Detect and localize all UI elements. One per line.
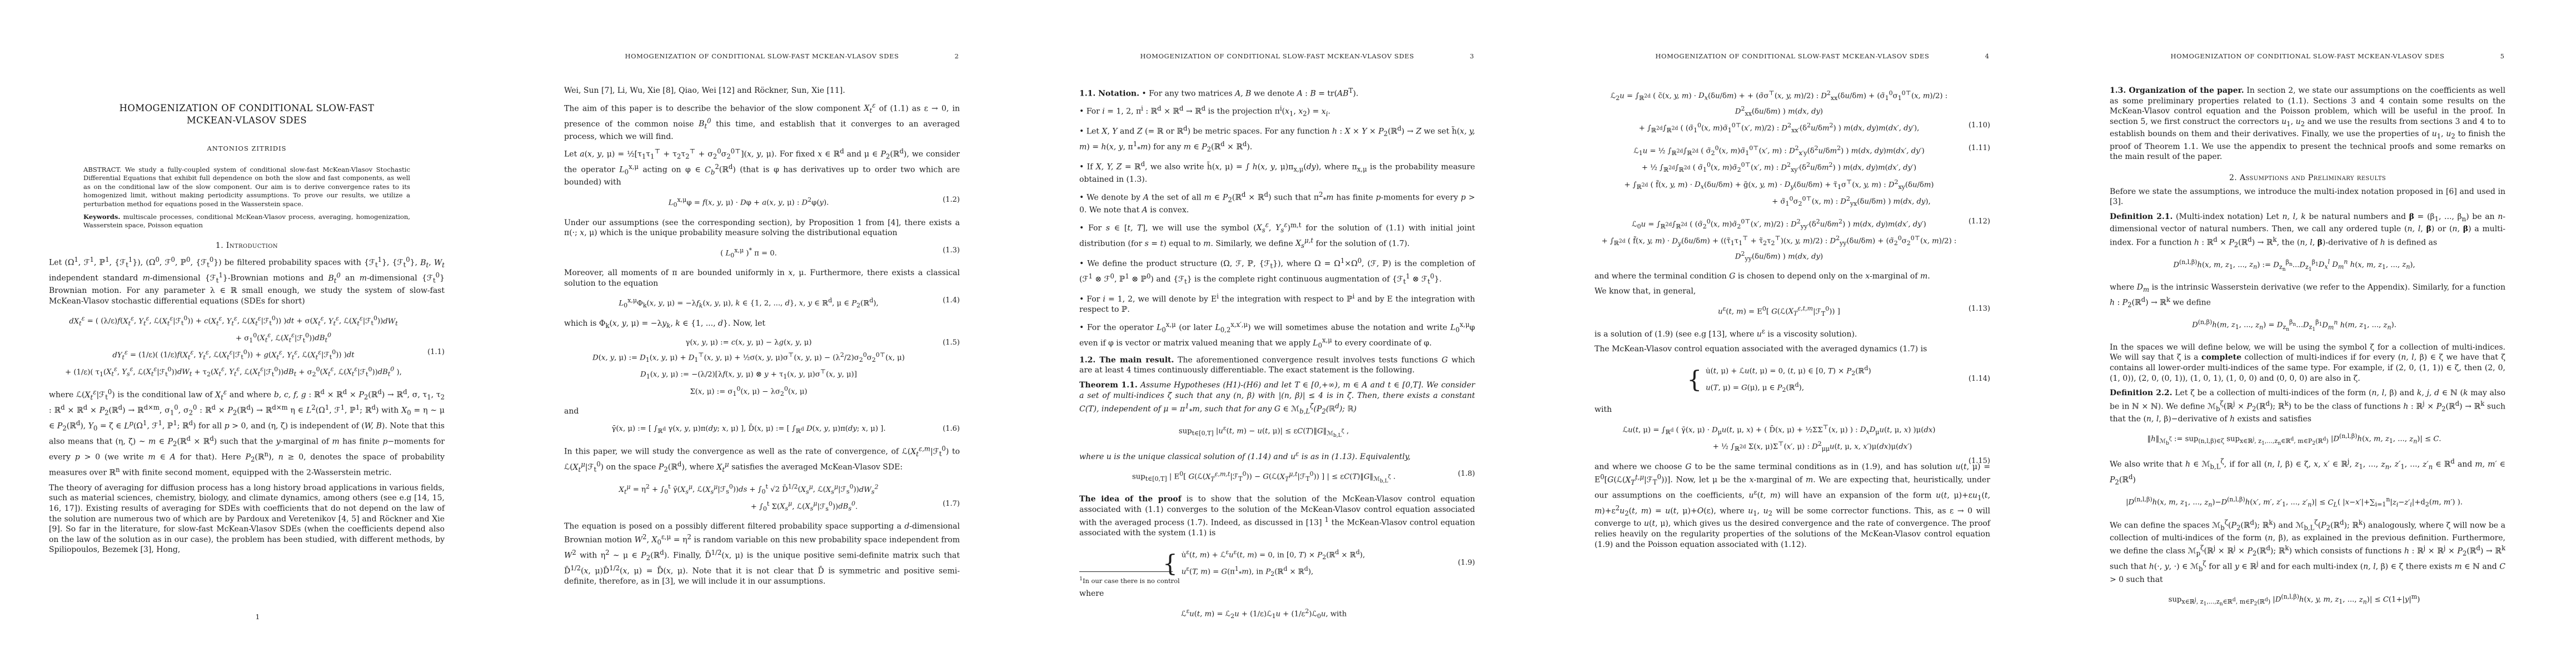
display-equation: ℒ0u = ∫ℝ2d∫ℝ2d ( (σ̃20(x, m)σ̃20⊤(x′, m)… — [1595, 217, 1990, 265]
display-equation: ℒ1u = ½ ∫ℝ2d∫ℝ2d ( σ̃20(x, m)σ̃10⊤(x′, m… — [1595, 143, 1990, 210]
equation-line: ℒu(t, μ) = ∫ℝd ( γ̄(x, μ) · Dμu(t, μ, x)… — [1595, 422, 1990, 438]
display-equation: ℒ2u = ∫ℝ2d ( c̃(x, y, m) · Dx(δu/δm) + +… — [1595, 88, 1990, 136]
equation-line: + σ̃10σ20⊤(x, m) : D2yx(δu/δm) ) m(dx, d… — [1595, 194, 1990, 210]
page-3: HOMOGENIZATION OF CONDITIONAL SLOW-FAST … — [1030, 0, 1546, 667]
paragraph: Before we state the assumptions, we intr… — [2110, 187, 2505, 207]
equation-line: supt∈[0,T] | E0[ G(ℒ(XTε,m,t|ℱT0)) − G(ℒ… — [1079, 469, 1475, 487]
equation-line: D1(x, y, μ) := −(λ/2)[λf(x, y, μ) ⊗ y + … — [564, 367, 960, 382]
equation-line: + ½ ∫ℝ2d Σ(x, μ)Σ⊤(x′, μ) : D2μμu(t, μ, … — [1595, 439, 1990, 455]
display-equation: Xtμ = η2 + ∫0t γ̄(Xsμ, ℒ(Xsμ|ℱs0))ds + ∫… — [564, 482, 960, 514]
equation-line: supt∈[0,T] |uε(t, m) − u(t, μ)| ≤ εC(T)‖… — [1079, 424, 1475, 441]
paragraph: and where the terminal condition G is ch… — [1595, 271, 1990, 282]
paragraph: The aim of this paper is to describe the… — [564, 101, 960, 142]
equation-line: L0x,μΦk(x, y, μ) = −λfk(x, y, μ), k ∈ {1… — [564, 296, 960, 311]
display-equation: {u̇(t, μ) + ℒu(t, μ) = 0, (t, μ) ∈ [0, T… — [1595, 362, 1990, 397]
equation-line: D(n,l,β)h(x, m, z1, ..., zn) := Dznβn...… — [2110, 257, 2505, 275]
paragraph: where ℒ(Xtε|ℱt0) is the conditional law … — [49, 387, 445, 478]
paragraph: • If X, Y, Z = ℝd, we also write h̄(x, μ… — [1079, 159, 1475, 185]
paragraph: • For i = 1, 2, we will denote by Ei the… — [1079, 291, 1475, 315]
paragraph: The McKean-Vlasov control equation assoc… — [1595, 344, 1990, 355]
case-lines: u̇(t, μ) + ℒu(t, μ) = 0, (t, μ) ∈ [0, T)… — [1706, 362, 1871, 397]
equation-line: γ(x, y, μ) := c(x, y, μ) − λg(x, y, μ)(1… — [564, 338, 960, 349]
footnote-rule — [1079, 571, 1173, 572]
equation-number: (1.9) — [1458, 559, 1475, 567]
equation-cases: {u̇(t, μ) + ℒu(t, μ) = 0, (t, μ) ∈ [0, T… — [1595, 362, 1990, 397]
equation-line: + ∫ℝ2d ( f̃(x, y, m) · Dy(δu/δm) + ((τ̃1… — [1595, 233, 1990, 264]
paragraph: where Dm is the intrinsic Wasserstein de… — [2110, 282, 2505, 310]
equation-line: ( L0x,μ )* π = 0.(1.3) — [564, 246, 960, 261]
equation-line: ‖h‖ℳbζ := sup(n,l,β)∈ζ supx∈ℝj, z1,...,z… — [2110, 431, 2505, 449]
abstract-text: Keywords. multiscale processes, conditio… — [83, 213, 410, 230]
page-1: HOMOGENIZATION OF CONDITIONAL SLOW-FASTM… — [0, 0, 515, 667]
page-content: 1.1. Notation. • For any two matrices A,… — [1079, 0, 1475, 629]
equation-line: u(T, μ) = G(μ), μ ∈ P2(ℝd), — [1706, 380, 1871, 396]
equation-line: ℒ0u = ∫ℝ2d∫ℝ2d ( (σ̃20(x, m)σ̃20⊤(x′, m)… — [1595, 217, 1990, 232]
display-equation: L0x,μφ = f(x, y, μ) · Dφ + a(x, y, μ) : … — [564, 195, 960, 211]
page-content: ℒ2u = ∫ℝ2d ( c̃(x, y, m) · Dx(δu/δm) + +… — [1595, 0, 1990, 550]
abstract-text: ABSTRACT. We study a fully-coupled syste… — [83, 166, 410, 208]
equation-line: + ∫ℝ2d ( f̃(x, y, m) · Dx(δu/δm) + g̃(x,… — [1595, 177, 1990, 193]
display-equation: ℒεu(t, m) = ℒ2u + (1/ε)ℒ1u + (1/ε2)ℒ0u, … — [1079, 606, 1475, 622]
paragraph: • For s ∈ [t, T], we will use the symbol… — [1079, 220, 1475, 251]
paragraph: where — [1079, 589, 1475, 599]
equation-line: γ̄(x, μ) := [ ∫ℝd γ(x, y, μ)π(dy; x, μ) … — [564, 424, 960, 436]
paragraph: Theorem 1.1. Assume Hypotheses (H1)-(H6)… — [1079, 380, 1475, 416]
paragraph: We can define the spaces ℳbζ(P2(ℝd); ℝk)… — [2110, 517, 2505, 585]
equation-number: (1.4) — [943, 296, 960, 306]
equation-line: ℒ1u = ½ ∫ℝ2d∫ℝ2d ( σ̃20(x, m)σ̃10⊤(x′, m… — [1595, 143, 1990, 159]
display-equation: D(n,β)h(m, z1, ..., zn) = Dznβn...Dz1β1D… — [2110, 317, 2505, 335]
section-heading: 2. Assumptions and Preliminary results — [2110, 173, 2505, 182]
paragraph: Definition 2.2. Let ζ be a collection of… — [2110, 388, 2505, 424]
display-equation: ℒu(t, μ) = ∫ℝd ( γ̄(x, μ) · Dμu(t, μ, x)… — [1595, 422, 1990, 455]
page-number-bottom: 1 — [0, 613, 515, 621]
equation-line: uε(t, m) = E0[ G(ℒ(XTε,t,m|ℱT0)) ](1.13) — [1595, 304, 1990, 320]
paragraph: Under our assumptions (see the correspon… — [564, 218, 960, 238]
equation-line: Xtμ = η2 + ∫0t γ̄(Xsμ, ℒ(Xsμ|ℱs0))ds + ∫… — [564, 482, 960, 497]
paragraph: Definition 2.1. (Multi-index notation) L… — [2110, 212, 2505, 250]
equation-number: (1.5) — [943, 338, 960, 349]
footnote-text: 1In our case there is no control — [1079, 575, 1475, 585]
page-4: HOMOGENIZATION OF CONDITIONAL SLOW-FAST … — [1546, 0, 2061, 667]
equation-line: + ∫0t Σ(Xsμ, ℒ(Xsμ|ℱs0))dBs0.(1.7) — [564, 499, 960, 515]
display-equation: supt∈[0,T] |uε(t, m) − u(t, μ)| ≤ εC(T)‖… — [1079, 424, 1475, 441]
paragraph: • Let X, Y and Z (= ℝ or ℝd) be metric s… — [1079, 123, 1475, 155]
paragraph: Wei, Sun [7], Li, Wu, Xie [8], Qiao, Wei… — [564, 86, 960, 96]
page-content: Wei, Sun [7], Li, Wu, Xie [8], Qiao, Wei… — [564, 0, 960, 587]
paragraph: We know that, in general, — [1595, 286, 1990, 297]
display-equation: supx∈ℝj, z1,...,zn∈ℝd, m∈P2(ℝd) |D(n,l,β… — [2110, 592, 2505, 610]
equation-number: (1.12) — [1969, 217, 1990, 227]
equation-line: + ½ ∫ℝ2d∫ℝ2d ( σ̃10(x, m)σ̃20⊤(x′, m) : … — [1595, 160, 1990, 176]
equation-line: + (1/ε)( τ1(Xtε, Ysε, ℒ(Xtε|ℱt0))dWt + τ… — [49, 365, 445, 380]
equation-line: + σ10(Xtε, ℒ(Xtε|ℱt0))dBt0 — [49, 331, 445, 346]
paragraph: 1.3. Organization of the paper. In secti… — [2110, 86, 2505, 162]
equation-line: dYtε = (1/ε)( (1/ε)f(Xtε, Ytε, ℒ(Xtε|ℱt0… — [49, 347, 445, 363]
display-equation: γ(x, y, μ) := c(x, y, μ) − λg(x, y, μ)(1… — [564, 338, 960, 399]
equation-line: Σ(x, μ) := σ10(x, μ) − λσ20(x, μ) — [564, 384, 960, 400]
equation-number: (1.15) — [1969, 456, 1990, 467]
paragraph: • For i = 1, 2, πi : ℝd × ℝd → ℝd is the… — [1079, 103, 1475, 119]
display-equation: |D(n,l,β)h(x, m, z1, ..., zn)−D(n,l,β)h(… — [2110, 495, 2505, 510]
paragraph: In this paper, we will study the converg… — [564, 444, 960, 475]
display-equation: dXtε = ( (λ/ε)f(Xtε, Ytε, ℒ(Xtε|ℱt0)) + … — [49, 313, 445, 380]
display-equation: L0x,μΦk(x, y, μ) = −λfk(x, y, μ), k ∈ {1… — [564, 296, 960, 311]
display-equation: supt∈[0,T] | E0[ G(ℒ(XTε,m,t|ℱT0)) − G(ℒ… — [1079, 469, 1475, 487]
equation-line: |D(n,l,β)h(x, m, z1, ..., zn)−D(n,l,β)h(… — [2110, 495, 2505, 510]
equation-number: (1.13) — [1969, 304, 1990, 315]
display-equation: γ̄(x, μ) := [ ∫ℝd γ(x, y, μ)π(dy; x, μ) … — [564, 424, 960, 436]
paragraph: and where we choose G to be the same ter… — [1595, 462, 1990, 550]
paragraph: with — [1595, 405, 1990, 415]
equation-line: ℒεu(t, m) = ℒ2u + (1/ε)ℒ1u + (1/ε2)ℒ0u, … — [1079, 606, 1475, 622]
equation-line: + ∫ℝ2d∫ℝ2d ( (σ̃10(x, m)σ̃10⊤(x′, m)/2) … — [1595, 121, 1990, 136]
paragraph: Let a(x, y, μ) = ½[τ1τ1⊤ + τ2τ2⊤ + σ20σ2… — [564, 146, 960, 188]
equation-number: (1.2) — [943, 195, 960, 206]
author-name: ANTONIOS ZITRIDIS — [49, 145, 445, 152]
left-brace-icon: { — [1687, 368, 1702, 391]
equation-number: (1.6) — [943, 424, 960, 435]
paragraph: • We define the product structure (Ω, ℱ,… — [1079, 256, 1475, 287]
paragraph: • We denote by A the set of all m ∈ P2(ℝ… — [1079, 190, 1475, 216]
paragraph: The idea of the proof is to show that th… — [1079, 494, 1475, 539]
equation-number: (1.3) — [943, 246, 960, 256]
page-2: HOMOGENIZATION OF CONDITIONAL SLOW-FAST … — [515, 0, 1030, 667]
paragraph: where u is the unique classical solution… — [1079, 449, 1475, 462]
equation-number: (1.1) — [427, 347, 445, 358]
equation-number: (1.7) — [943, 499, 960, 510]
display-equation: ‖h‖ℳbζ := sup(n,l,β)∈ζ supx∈ℝj, z1,...,z… — [2110, 431, 2505, 449]
paragraph: is a solution of (1.9) (see e.g [13], wh… — [1595, 326, 1990, 340]
equation-number: (1.10) — [1969, 121, 1990, 131]
page-5: HOMOGENIZATION OF CONDITIONAL SLOW-FAST … — [2061, 0, 2576, 667]
equation-line: ℒ2u = ∫ℝ2d ( c̃(x, y, m) · Dx(δu/δm) + +… — [1595, 88, 1990, 119]
equation-number: (1.8) — [1458, 469, 1475, 480]
equation-number: (1.11) — [1969, 143, 1990, 154]
equation-line: dXtε = ( (λ/ε)f(Xtε, Ytε, ℒ(Xtε|ℱt0)) + … — [49, 313, 445, 329]
equation-line: D(n,β)h(m, z1, ..., zn) = Dznβn...Dz1β1D… — [2110, 317, 2505, 335]
equation-line: u̇ε(t, m) + ℒεuε(t, m) = 0, in [0, T) × … — [1182, 547, 1365, 563]
equation-line: L0x,μφ = f(x, y, μ) · Dφ + a(x, y, μ) : … — [564, 195, 960, 211]
paragraph: 1.2. The main result. The aforementioned… — [1079, 355, 1475, 376]
display-equation: ( L0x,μ )* π = 0.(1.3) — [564, 246, 960, 261]
paragraph: and — [564, 406, 960, 417]
equation-line: D(x, y, μ) := D1(x, y, μ) + D1⊤(x, y, μ)… — [564, 350, 960, 366]
equation-line: u̇(t, μ) + ℒu(t, μ) = 0, (t, μ) ∈ [0, T)… — [1706, 364, 1871, 379]
paragraph: The theory of averaging for diffusion pr… — [49, 483, 445, 555]
paragraph: • For the operator L0x,μ (or later L0,2x… — [1079, 320, 1475, 351]
display-equation: uε(t, m) = E0[ G(ℒ(XTε,t,m|ℱT0)) ](1.13) — [1595, 304, 1990, 320]
paragraph: We also write that h ∈ ℳb,Lζ, if for all… — [2110, 456, 2505, 487]
paragraph: Moreover, all moments of π are bounded u… — [564, 268, 960, 288]
paragraph: Let (Ω1, ℱ1, ℙ1, {ℱt1}), (Ω0, ℱ0, ℙ0, {ℱ… — [49, 255, 445, 306]
equation-number: (1.14) — [1969, 375, 1990, 383]
paper-title-line: MCKEAN-VLASOV SDES — [49, 115, 445, 127]
section-heading: 1. Introduction — [49, 241, 445, 250]
footnote: 1In our case there is no control — [1079, 571, 1475, 585]
paragraph: In the spaces we will define below, we w… — [2110, 342, 2505, 384]
equation-line: supx∈ℝj, z1,...,zn∈ℝd, m∈P2(ℝd) |D(n,l,β… — [2110, 592, 2505, 610]
paper-title-line: HOMOGENIZATION OF CONDITIONAL SLOW-FAST — [49, 102, 445, 115]
paragraph: 1.1. Notation. • For any two matrices A,… — [1079, 86, 1475, 99]
paragraph: which is Φk(x, y, μ) = −λyk, k ∈ {1, ...… — [564, 318, 960, 331]
page-content: 1.3. Organization of the paper. In secti… — [2110, 0, 2505, 617]
page-content: HOMOGENIZATION OF CONDITIONAL SLOW-FASTM… — [49, 0, 445, 555]
display-equation: D(n,l,β)h(x, m, z1, ..., zn) := Dznβn...… — [2110, 257, 2505, 275]
paragraph: The equation is posed on a possibly diff… — [564, 521, 960, 587]
